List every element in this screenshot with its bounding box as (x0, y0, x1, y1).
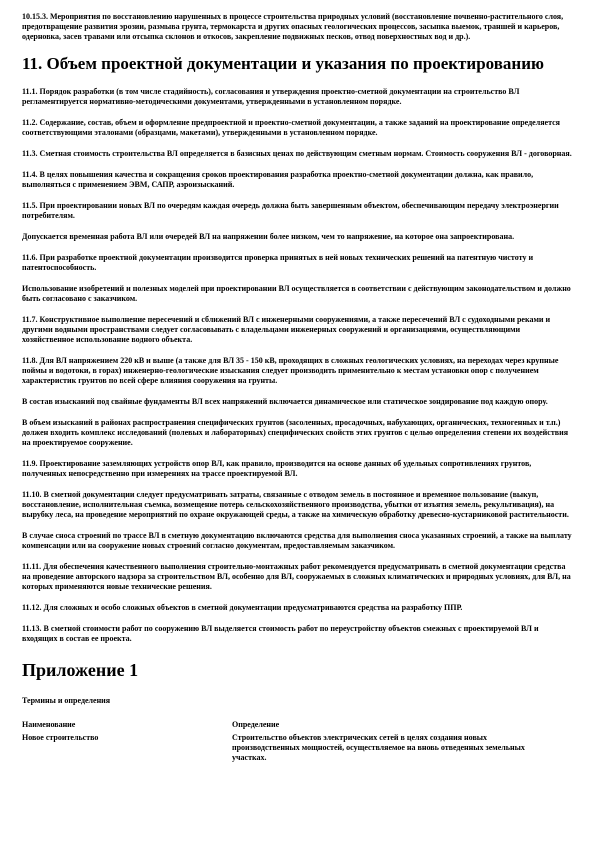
terms-table-header-name: Наименование (22, 720, 232, 730)
paragraph-11-10: 11.10. В сметной документации следует пр… (22, 490, 573, 520)
paragraph-11-13: 11.13. В сметной стоимости работ по соор… (22, 624, 573, 644)
term-name-cell: Новое строительство (22, 733, 232, 763)
paragraph-11-11: 11.11. Для обеспечения качественного вып… (22, 562, 573, 592)
paragraph-11-3: 11.3. Сметная стоимость строительства ВЛ… (22, 149, 573, 159)
paragraph-11-8-note-1: В состав изысканий под свайные фундамент… (22, 397, 573, 407)
terms-table: Наименование Определение Новое строитель… (22, 720, 573, 763)
section-11-heading: 11. Объем проектной документации и указа… (22, 52, 573, 75)
paragraph-11-9: 11.9. Проектирование заземляющих устройс… (22, 459, 573, 479)
terms-table-header-definition: Определение (232, 720, 532, 730)
paragraph-10-15-3: 10.15.3. Мероприятия по восстановлению н… (22, 12, 573, 42)
paragraph-11-2: 11.2. Содержание, состав, объем и оформл… (22, 118, 573, 138)
document-page: 10.15.3. Мероприятия по восстановлению н… (0, 0, 595, 842)
term-definition-cell: Строительство объектов электрических сет… (232, 733, 532, 763)
paragraph-11-7: 11.7. Конструктивное выполнение пересече… (22, 315, 573, 345)
paragraph-11-5: 11.5. При проектировании новых ВЛ по оче… (22, 201, 573, 221)
terms-subheading: Термины и определения (22, 696, 573, 706)
paragraph-11-1: 11.1. Порядок разработки (в том числе ст… (22, 87, 573, 107)
paragraph-11-4: 11.4. В целях повышения качества и сокра… (22, 170, 573, 190)
paragraph-11-10-note: В случае сноса строений по трассе ВЛ в с… (22, 531, 573, 551)
paragraph-11-6: 11.6. При разработке проектной документа… (22, 253, 573, 273)
paragraph-11-5-note: Допускается временная работа ВЛ или очер… (22, 232, 573, 242)
paragraph-11-6-note: Использование изобретений и полезных мод… (22, 284, 573, 304)
paragraph-11-8-note-2: В объем изысканий в районах распростране… (22, 418, 573, 448)
paragraph-11-8: 11.8. Для ВЛ напряжением 220 кВ и выше (… (22, 356, 573, 386)
appendix-1-heading: Приложение 1 (22, 658, 573, 682)
paragraph-11-12: 11.12. Для сложных и особо сложных объек… (22, 603, 573, 613)
